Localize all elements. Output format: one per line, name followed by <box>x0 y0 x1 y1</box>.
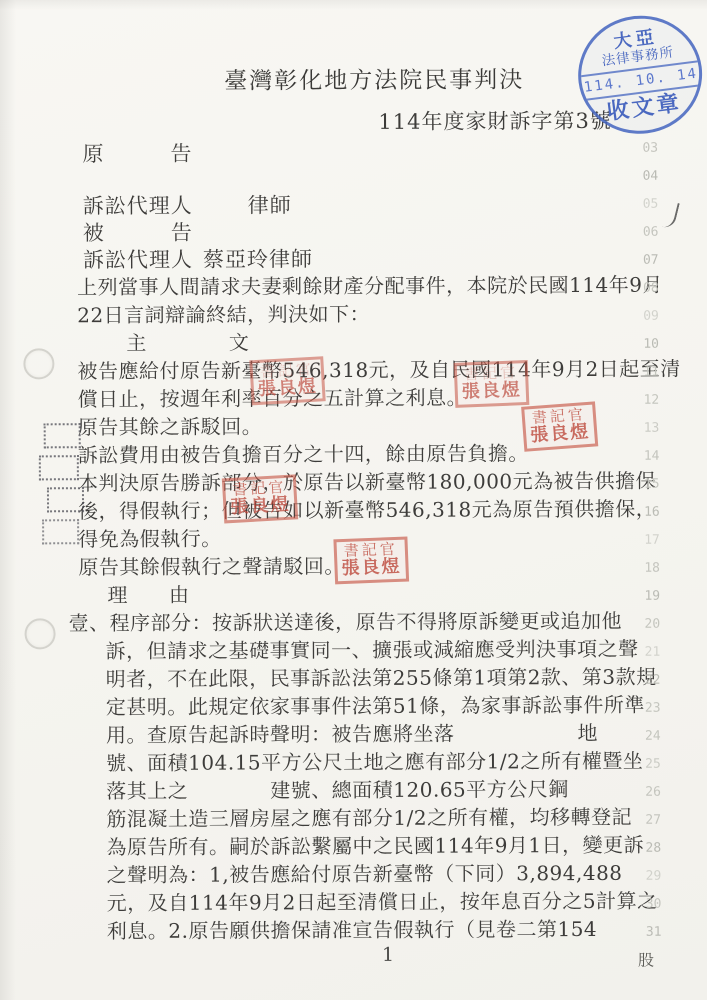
clerk-seal-3: 書記官 張良煜 <box>521 401 598 451</box>
line-number: 21 <box>645 639 661 667</box>
line-number: 25 <box>645 751 661 779</box>
defendant-label: 被 告 <box>83 221 193 245</box>
body-line: 被告應給付原告新臺幣546,318元，及自民國114年9月2日起至清 <box>67 355 680 386</box>
line-number: 04 <box>643 163 659 191</box>
agent-label: 訴訟代理人 <box>83 248 193 272</box>
dot-mark <box>44 423 81 448</box>
body-line: 理 由 <box>68 579 681 610</box>
agent-label: 訴訟代理人 <box>83 194 193 218</box>
case-number: 114年度家財訴字第3號 <box>378 105 612 136</box>
body-line: 本判決原告勝訴部分，於原告以新臺幣180,000元為被告供擔保 <box>68 467 681 498</box>
court-title: 臺灣彰化地方法院民事判決 <box>224 61 524 95</box>
line-number: 24 <box>645 723 661 751</box>
line-number: 10 <box>643 331 659 359</box>
dot-mark <box>42 519 79 544</box>
line-number: 31 <box>646 919 662 947</box>
page-number: 1 <box>382 944 394 966</box>
line-number: 30 <box>646 891 662 919</box>
body-line: 定甚明。此規定依家事事件法第51條，為家事訴訟事件所準 <box>69 691 682 722</box>
scanned-judgment-page: 臺灣彰化地方法院民事判決 114年度家財訴字第3號 大亞 法律事務所 114. … <box>0 0 707 1000</box>
body-line: 為原告所有。嗣於訴訟繫屬中之民國114年9月1日，變更訴 <box>69 831 682 862</box>
clerk-seal-4: 書記官 張良煜 <box>222 474 298 523</box>
party-row-plaintiff: 原 告 <box>82 138 192 168</box>
line-number: 14 <box>644 443 660 471</box>
party-row-defendant-agent: 訴訟代理人蔡亞玲律師 <box>83 243 313 274</box>
clerk-seal-title: 書記官 <box>257 362 318 381</box>
line-number: 27 <box>645 807 661 835</box>
dot-mark <box>47 487 84 512</box>
plaintiff-agent-name: 律師 <box>248 193 292 217</box>
line-number: 23 <box>645 695 661 723</box>
line-number: 09 <box>643 303 659 331</box>
clerk-seal-2: 書記官 張良煜 <box>454 360 530 408</box>
punch-hole-top <box>23 348 54 379</box>
body-line: 訴，但請求之基礎事實同一、擴張或減縮應受判決事項之聲 <box>69 635 682 666</box>
clerk-seal-title: 書記官 <box>461 365 522 383</box>
line-number: 15 <box>644 471 660 499</box>
line-number: 07 <box>643 247 659 275</box>
clerk-seal-name: 張良煜 <box>530 423 591 446</box>
clerk-seal-name: 張良煜 <box>461 381 522 402</box>
body-line: 上列當事人間請求夫妻剩餘財產分配事件，本院於民國114年9月 <box>67 271 680 302</box>
line-number: 03 <box>642 135 658 163</box>
pen-stroke-mark <box>662 201 680 230</box>
body-line: 22日言詞辯論終結，判決如下： <box>67 299 680 330</box>
line-number: 28 <box>645 835 661 863</box>
body-line: 號、面積104.15平方公尺土地之應有部分1/2之所有權暨坐 <box>69 747 682 778</box>
body-line: 元，及自114年9月2日起至清償日止，按年息百分之5計算之 <box>70 887 683 918</box>
line-number: 19 <box>644 583 660 611</box>
line-number: 11 <box>643 359 659 387</box>
scan-content: 臺灣彰化地方法院民事判決 114年度家財訴字第3號 大亞 法律事務所 114. … <box>0 0 707 1000</box>
plaintiff-label: 原 告 <box>82 142 192 166</box>
dot-mark <box>39 455 79 480</box>
line-number: 22 <box>645 667 661 695</box>
clerk-seal-name: 張良煜 <box>230 495 291 517</box>
party-row-defendant: 被 告 <box>83 217 193 247</box>
body-line: 落其上之 建號、總面積120.65平方公尺鋼 <box>69 775 682 806</box>
line-number: 26 <box>645 779 661 807</box>
line-number: 16 <box>644 499 660 527</box>
body-line: 用。查原告起訴時聲明：被告應將坐落 地 <box>69 719 682 750</box>
line-number: 08 <box>643 275 659 303</box>
line-number: 12 <box>644 387 660 415</box>
body-line: 壹、程序部分：按訴狀送達後，原告不得將原訴變更或追加他 <box>68 607 681 638</box>
defendant-agent-name: 蔡亞玲律師 <box>203 247 313 271</box>
clerk-division-label: 股 <box>638 948 654 971</box>
line-number: 29 <box>646 863 662 891</box>
body-line: 利息。2.原告願供擔保請准宣告假執行（見卷二第154 <box>70 915 683 946</box>
line-number: 06 <box>643 219 659 247</box>
line-number: 18 <box>644 555 660 583</box>
body-line: 明者，不在此限，民事訴訟法第255條第1項第2款、第3款規 <box>69 663 682 694</box>
clerk-seal-1: 書記官 張良煜 <box>249 356 325 405</box>
clerk-seal-name: 張良煜 <box>257 377 318 399</box>
body-line: 之聲明為：1,被告應給付原告新臺幣（下同）3,894,488 <box>70 859 683 890</box>
party-row-plaintiff-agent: 訴訟代理人律師 <box>83 189 292 220</box>
clerk-seal-5: 書記官 張良煜 <box>333 536 409 584</box>
body-line: 主 文 <box>67 327 680 358</box>
margin-dot-marks <box>44 423 85 551</box>
margin-line-numbers: 03 04 05 06 07 08 09 10 11 12 13 14 <box>642 135 661 947</box>
body-line: 後，得假執行；但被告如以新臺幣546,318元為原告預供擔保， <box>68 495 681 526</box>
clerk-seal-name: 張良煜 <box>341 557 402 578</box>
line-number: 20 <box>644 611 660 639</box>
body-line: 筋混凝土造三層房屋之應有部分1/2之所有權，均移轉登記 <box>69 803 682 834</box>
line-number: 05 <box>643 191 659 219</box>
line-number: 17 <box>644 527 660 555</box>
line-number: 13 <box>644 415 660 443</box>
punch-hole-bottom <box>25 618 56 649</box>
judgment-body-text: 上列當事人間請求夫妻剩餘財產分配事件，本院於民國114年9月 22日言詞辯論終結… <box>67 271 683 946</box>
